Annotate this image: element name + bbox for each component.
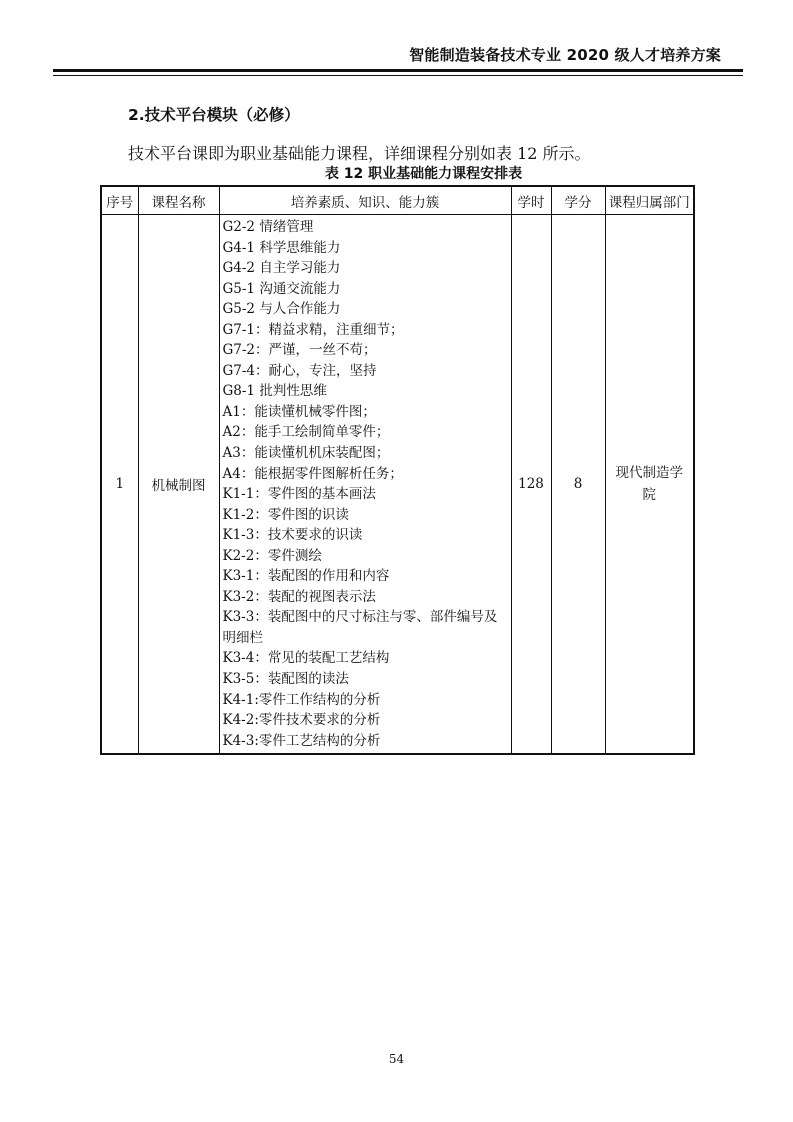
competency-item: G5-2 与人合作能力 (223, 299, 508, 320)
competency-item: G2-2 情绪管理 (223, 217, 508, 238)
competency-item: K1-2：零件图的识读 (223, 505, 508, 526)
competency-item: K3-5：装配图的读法 (223, 669, 508, 690)
competency-item: K3-4：常见的装配工艺结构 (223, 648, 508, 669)
page-number: 54 (0, 1052, 793, 1066)
competency-item: A3：能读懂机机床装配图； (223, 443, 508, 464)
running-header-title: 智能制造装备技术专业 2020 级人才培养方案 (409, 44, 721, 65)
competency-item: G7-2：严谨，一丝不苟； (223, 340, 508, 361)
cell-index: 1 (101, 215, 138, 755)
competency-item: K1-3：技术要求的识读 (223, 525, 508, 546)
competency-item: K4-3:零件工艺结构的分析 (223, 731, 508, 752)
competency-item: K1-1：零件图的基本画法 (223, 484, 508, 505)
cell-department: 现代制造学院 (605, 215, 694, 755)
column-header-course-name: 课程名称 (138, 186, 219, 215)
column-header-credits: 学分 (551, 186, 605, 215)
competency-item: K3-2：装配的视图表示法 (223, 587, 508, 608)
competency-item: K3-1：装配图的作用和内容 (223, 566, 508, 587)
cell-hours: 128 (511, 215, 551, 755)
cell-course-name: 机械制图 (138, 215, 219, 755)
section-title: 2.技术平台模块（必修） (128, 103, 300, 125)
column-header-department: 课程归属部门 (605, 186, 694, 215)
column-header-hours: 学时 (511, 186, 551, 215)
cell-credits: 8 (551, 215, 605, 755)
table-header-row: 序号 课程名称 培养素质、知识、能力簇 学时 学分 课程归属部门 (101, 186, 694, 215)
column-header-index: 序号 (101, 186, 138, 215)
competency-item: A4：能根据零件图解析任务； (223, 464, 508, 485)
competency-item: K4-1:零件工作结构的分析 (223, 690, 508, 711)
competency-item: A1：能读懂机械零件图； (223, 402, 508, 423)
table-caption: 表 12 职业基础能力课程安排表 (0, 163, 793, 183)
course-table: 序号 课程名称 培养素质、知识、能力簇 学时 学分 课程归属部门 1 机械制图 … (100, 185, 695, 755)
competency-item: G4-2 自主学习能力 (223, 258, 508, 279)
cell-competencies: G2-2 情绪管理G4-1 科学思维能力G4-2 自主学习能力G5-1 沟通交流… (219, 215, 511, 755)
competency-item: G8-1 批判性思维 (223, 381, 508, 402)
competency-item: G4-1 科学思维能力 (223, 238, 508, 259)
column-header-competencies: 培养素质、知识、能力簇 (219, 186, 511, 215)
header-rule-thin (53, 75, 743, 76)
competency-item: G5-1 沟通交流能力 (223, 279, 508, 300)
competency-item: G7-1：精益求精，注重细节； (223, 320, 508, 341)
competency-item: K2-2：零件测绘 (223, 546, 508, 567)
competency-item: K4-2:零件技术要求的分析 (223, 710, 508, 731)
competency-item: A2：能手工绘制简单零件； (223, 422, 508, 443)
header-rule-thick (53, 69, 743, 72)
table-row: 1 机械制图 G2-2 情绪管理G4-1 科学思维能力G4-2 自主学习能力G5… (101, 215, 694, 755)
intro-paragraph: 技术平台课即为职业基础能力课程，详细课程分别如表 12 所示。 (128, 141, 591, 164)
competency-item: G7-4：耐心，专注，坚持 (223, 361, 508, 382)
competency-item: K3-3：装配图中的尺寸标注与零、部件编号及明细栏 (223, 607, 508, 648)
competency-list: G2-2 情绪管理G4-1 科学思维能力G4-2 自主学习能力G5-1 沟通交流… (223, 217, 508, 751)
